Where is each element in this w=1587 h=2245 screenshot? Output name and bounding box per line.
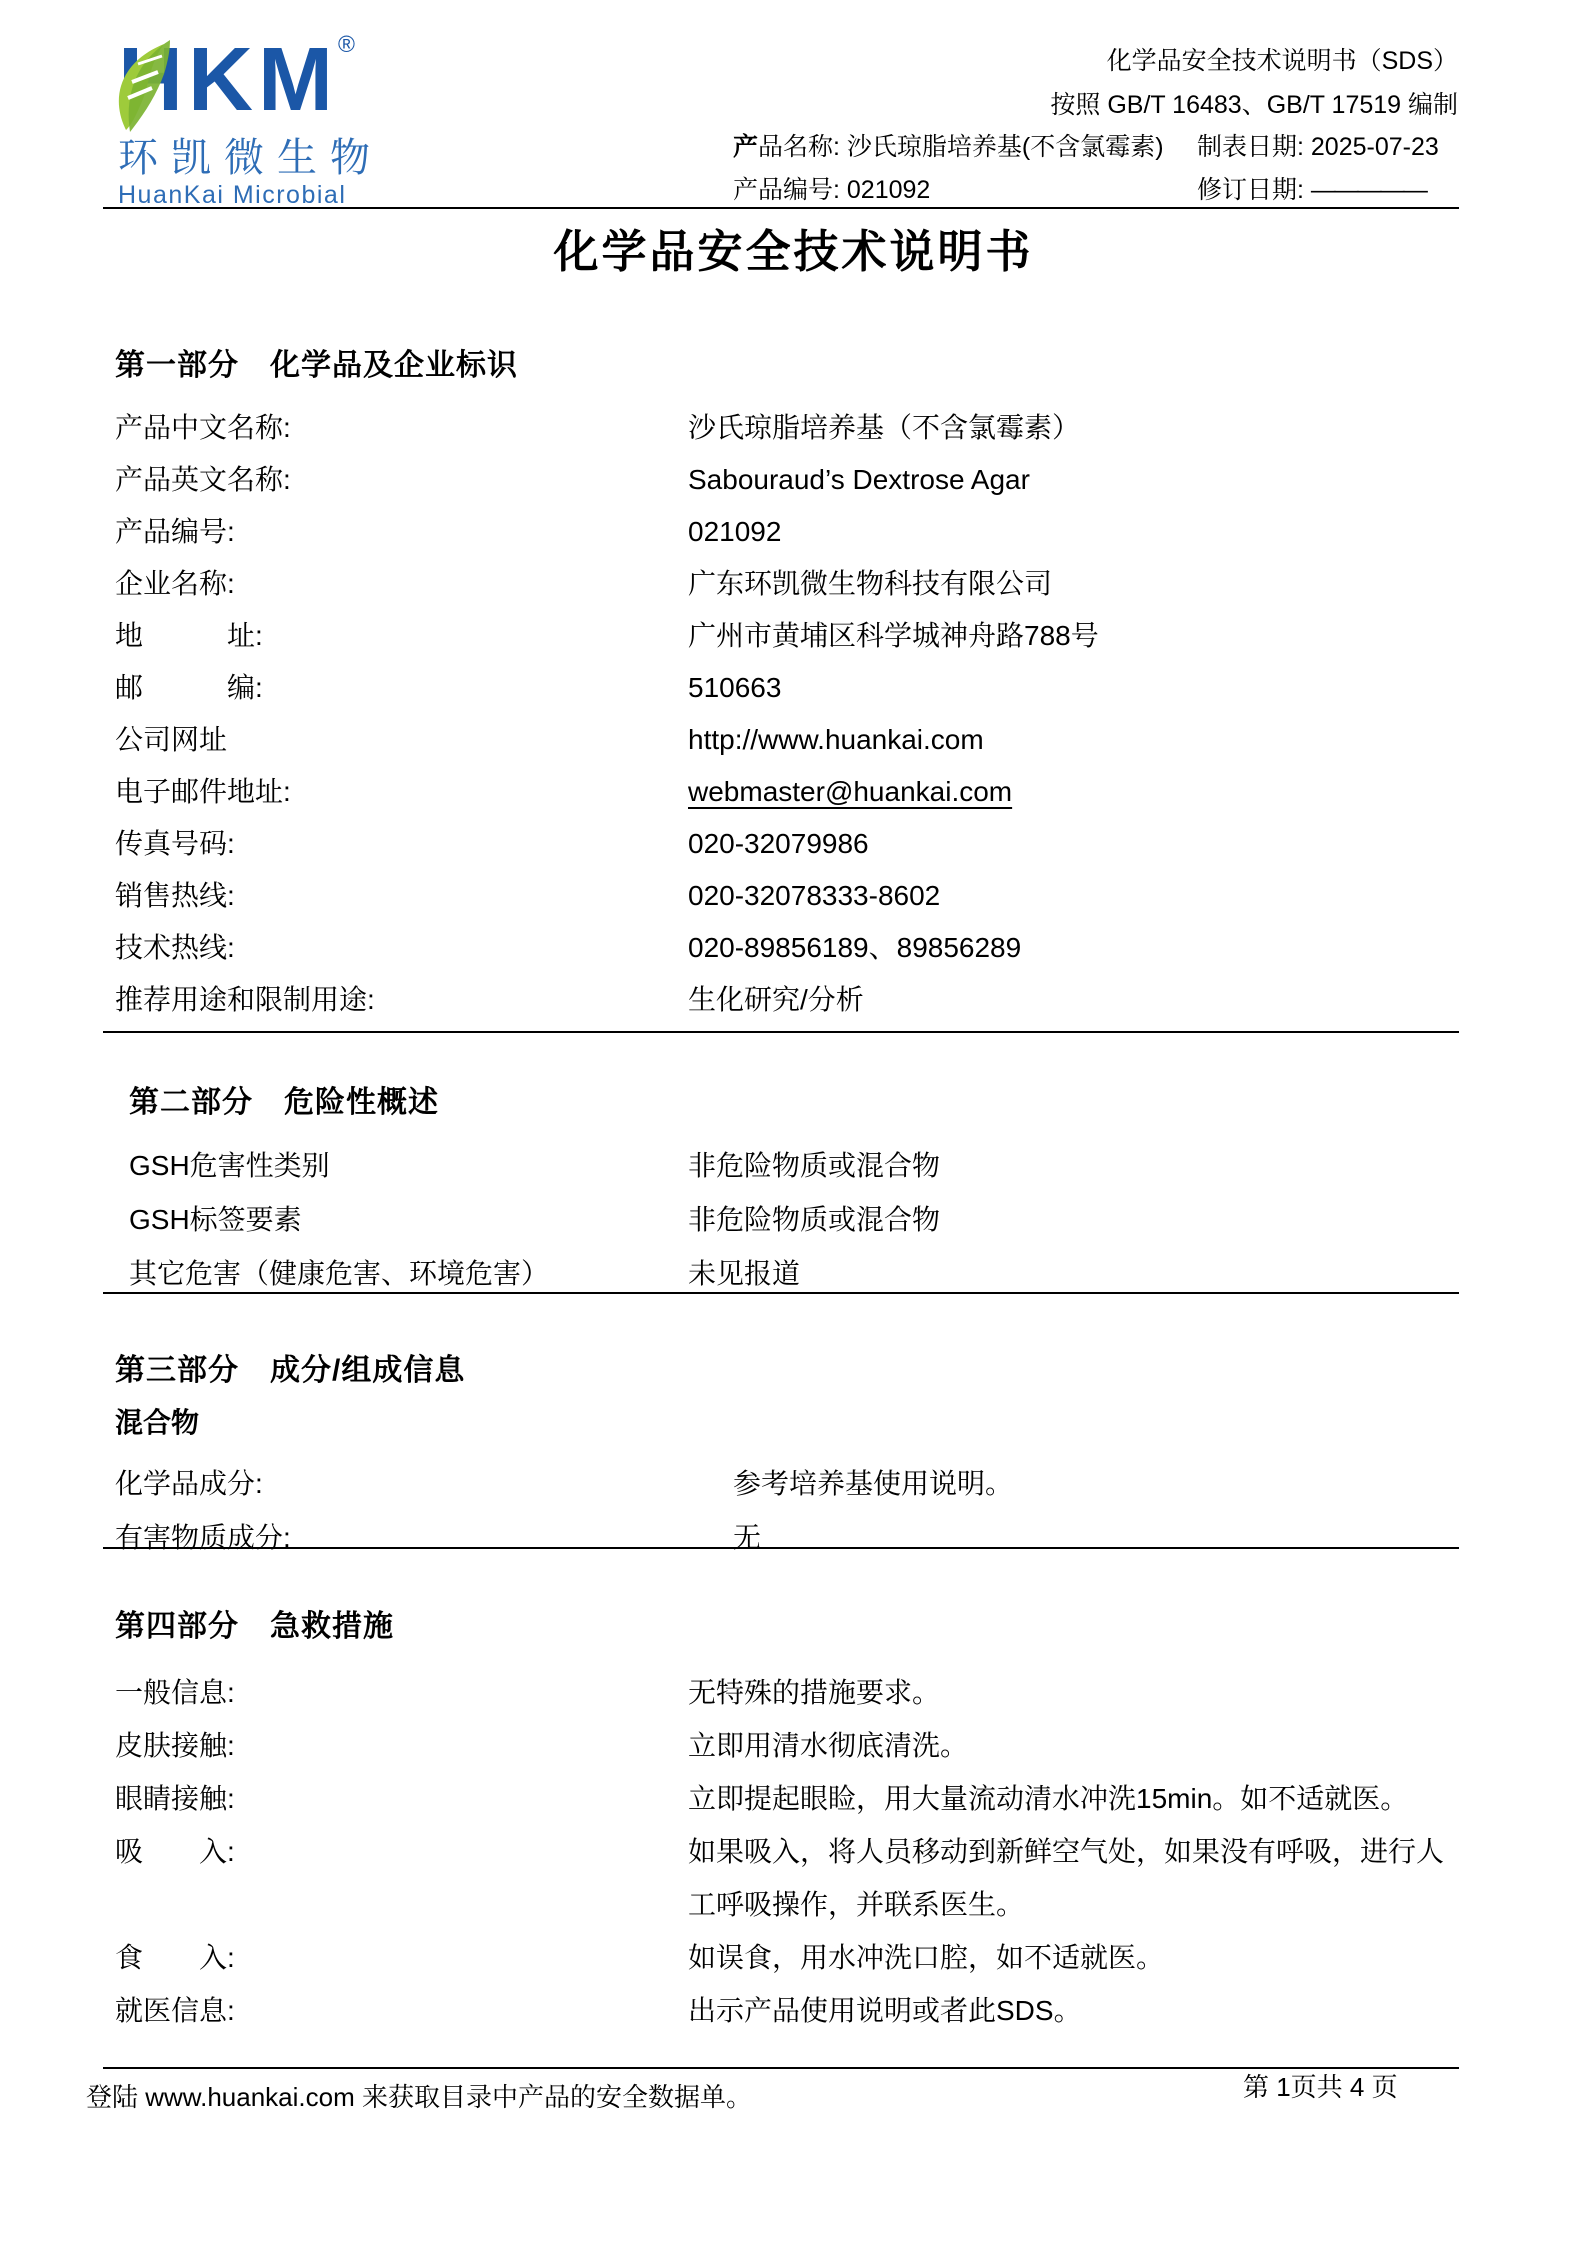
sds-page: { "logo": { "hkm": "HKM", "reg": "®", "c… [0, 0, 1587, 2245]
row-address: 地 址: 广州市黄埔区科学城神舟路788号 [115, 610, 1460, 662]
field-value: 如果吸入，将人员移动到新鲜空气处，如果没有呼吸，进行人工呼吸操作，并联系医生。 [688, 1825, 1458, 1931]
field-label: 眼睛接触: [115, 1772, 688, 1825]
logo-en-name: HuanKai Microbial [118, 181, 438, 209]
field-value: 立即提起眼睑，用大量流动清水冲洗15min。如不适就医。 [688, 1772, 1458, 1825]
compile-date-label: 制表日期: [1197, 133, 1311, 161]
row-ghs-hazard-class: GSH危害性类别 非危险物质或混合物 [129, 1139, 1460, 1193]
row-sales-hotline: 销售热线: 020-32078333-8602 [115, 870, 1460, 922]
field-value: 立即用清水彻底清洗。 [688, 1719, 1458, 1772]
row-medical-info: 就医信息: 出示产品使用说明或者此SDS。 [115, 1984, 1460, 2037]
field-label: 邮 编: [115, 662, 688, 714]
field-value: 非危险物质或混合物 [688, 1193, 1458, 1247]
field-label: 地 址: [115, 610, 688, 662]
header-product-name: 产品名称: 沙氏琼脂培养基(不含氯霉素) [733, 132, 1164, 162]
section-4: 第四部分 急救措施 一般信息: 无特殊的措施要求。 皮肤接触: 立即用清水彻底清… [115, 1609, 1460, 2037]
field-label: 电子邮件地址: [115, 766, 688, 818]
field-value: 沙氏琼脂培养基（不含氯霉素） [688, 402, 1458, 454]
field-value: 无特殊的措施要求。 [688, 1666, 1458, 1719]
section-3-heading: 第三部分 成分/组成信息 [115, 1353, 1460, 1389]
field-value: 020-32078333-8602 [688, 870, 1458, 922]
logo-cn-name: 环凯微生物 [118, 136, 438, 180]
row-product-code: 产品编号: 021092 [115, 506, 1460, 558]
dna-ribbon-icon [106, 32, 222, 136]
row-product-en-name: 产品英文名称: Sabouraud’s Dextrose Agar [115, 454, 1460, 506]
field-label: 推荐用途和限制用途: [115, 974, 688, 1026]
section-3-subheading: 混合物 [115, 1405, 1460, 1441]
field-label: 销售热线: [115, 870, 688, 922]
compile-date-value: 2025-07-23 [1311, 133, 1439, 161]
field-label: 一般信息: [115, 1666, 688, 1719]
product-name-label: 品名称: [758, 133, 847, 161]
row-general-info: 一般信息: 无特殊的措施要求。 [115, 1666, 1460, 1719]
doc-type-line: 化学品安全技术说明书（SDS） [1107, 46, 1458, 76]
field-label: GSH危害性类别 [129, 1139, 688, 1193]
registered-trademark-icon: ® [338, 31, 355, 57]
row-email: 电子邮件地址: webmaster@huankai.com [115, 766, 1460, 818]
footer-note: 登陆 www.huankai.com 来获取目录中产品的安全数据单。 [86, 2082, 752, 2112]
row-chemical-composition: 化学品成分: 参考培养基使用说明。 [115, 1457, 1460, 1511]
section-4-heading: 第四部分 急救措施 [115, 1609, 1460, 1645]
field-label: 皮肤接触: [115, 1719, 688, 1772]
product-code-value: 021092 [847, 176, 930, 204]
product-name-value: 沙氏琼脂培养基(不含氯霉素) [847, 133, 1164, 161]
field-value: 生化研究/分析 [688, 974, 1458, 1026]
section-1-heading: 第一部分 化学品及企业标识 [115, 348, 1460, 384]
footer-divider [103, 2067, 1459, 2069]
field-value: 广州市黄埔区科学城神舟路788号 [688, 610, 1458, 662]
row-skin-contact: 皮肤接触: 立即用清水彻底清洗。 [115, 1719, 1460, 1772]
section-divider [103, 1031, 1459, 1033]
section-divider [103, 1547, 1459, 1549]
field-label: 产品编号: [115, 506, 688, 558]
field-label: 食 入: [115, 1931, 688, 1984]
logo-hkm: HKM® [118, 30, 438, 134]
row-eye-contact: 眼睛接触: 立即提起眼睑，用大量流动清水冲洗15min。如不适就医。 [115, 1772, 1460, 1825]
field-value: 无 [733, 1511, 1458, 1565]
field-label: 产品中文名称: [115, 402, 688, 454]
field-label: 传真号码: [115, 818, 688, 870]
field-value: Sabouraud’s Dextrose Agar [688, 454, 1458, 506]
field-value: 参考培养基使用说明。 [733, 1457, 1458, 1511]
field-value: 如误食，用水冲洗口腔，如不适就医。 [688, 1931, 1458, 1984]
row-tech-hotline: 技术热线: 020-89856189、89856289 [115, 922, 1460, 974]
row-ingestion: 食 入: 如误食，用水冲洗口腔，如不适就医。 [115, 1931, 1460, 1984]
field-value: 510663 [688, 662, 1458, 714]
field-value: 020-89856189、89856289 [688, 922, 1458, 974]
email-link[interactable]: webmaster@huankai.com [688, 766, 1458, 818]
field-value: 020-32079986 [688, 818, 1458, 870]
row-postcode: 邮 编: 510663 [115, 662, 1460, 714]
row-website: 公司网址 http://www.huankai.com [115, 714, 1460, 766]
product-name-label-bold: 产 [733, 133, 758, 161]
field-value: 广东环凯微生物科技有限公司 [688, 558, 1458, 610]
header-revision-date: 修订日期: ————— [1197, 175, 1426, 205]
field-value: 出示产品使用说明或者此SDS。 [688, 1984, 1458, 2037]
field-value: 非危险物质或混合物 [688, 1139, 1458, 1193]
row-fax: 传真号码: 020-32079986 [115, 818, 1460, 870]
revision-date-blank: ————— [1311, 176, 1426, 204]
field-label: GSH标签要素 [129, 1193, 688, 1247]
row-recommended-use: 推荐用途和限制用途: 生化研究/分析 [115, 974, 1460, 1026]
row-hazardous-components: 有害物质成分: 无 [115, 1511, 1460, 1565]
field-label: 有害物质成分: [115, 1511, 733, 1565]
field-value: 021092 [688, 506, 1458, 558]
website-value: http://www.huankai.com [688, 714, 1458, 766]
field-label: 产品英文名称: [115, 454, 688, 506]
field-label: 技术热线: [115, 922, 688, 974]
page-title: 化学品安全技术说明书 [0, 227, 1587, 277]
row-company-name: 企业名称: 广东环凯微生物科技有限公司 [115, 558, 1460, 610]
page-number: 第 1页共 4 页 [1243, 2072, 1398, 2102]
company-logo: HKM® 环凯微生物 HuanKai Microbial [118, 30, 438, 209]
field-label: 公司网址 [115, 714, 688, 766]
field-label: 企业名称: [115, 558, 688, 610]
revision-date-label: 修订日期: [1197, 176, 1311, 204]
header-product-code: 产品编号: 021092 [733, 175, 930, 205]
section-2: 第二部分 危险性概述 GSH危害性类别 非危险物质或混合物 GSH标签要素 非危… [129, 1085, 1460, 1301]
row-product-cn-name: 产品中文名称: 沙氏琼脂培养基（不含氯霉素） [115, 402, 1460, 454]
section-1: 第一部分 化学品及企业标识 产品中文名称: 沙氏琼脂培养基（不含氯霉素） 产品英… [115, 348, 1460, 1026]
section-3: 第三部分 成分/组成信息 混合物 化学品成分: 参考培养基使用说明。 有害物质成… [115, 1353, 1460, 1565]
row-inhalation: 吸 入: 如果吸入，将人员移动到新鲜空气处，如果没有呼吸，进行人工呼吸操作，并联… [115, 1825, 1460, 1931]
header-compile-date: 制表日期: 2025-07-23 [1197, 132, 1439, 162]
section-2-heading: 第二部分 危险性概述 [129, 1085, 1460, 1121]
product-code-label: 产品编号: [733, 176, 847, 204]
section-divider [103, 1292, 1459, 1294]
field-label: 吸 入: [115, 1825, 688, 1878]
standard-line: 按照 GB/T 16483、GB/T 17519 编制 [1050, 90, 1458, 120]
field-label: 化学品成分: [115, 1457, 733, 1511]
header-divider [103, 207, 1459, 209]
field-label: 就医信息: [115, 1984, 688, 2037]
row-ghs-label-elements: GSH标签要素 非危险物质或混合物 [129, 1193, 1460, 1247]
